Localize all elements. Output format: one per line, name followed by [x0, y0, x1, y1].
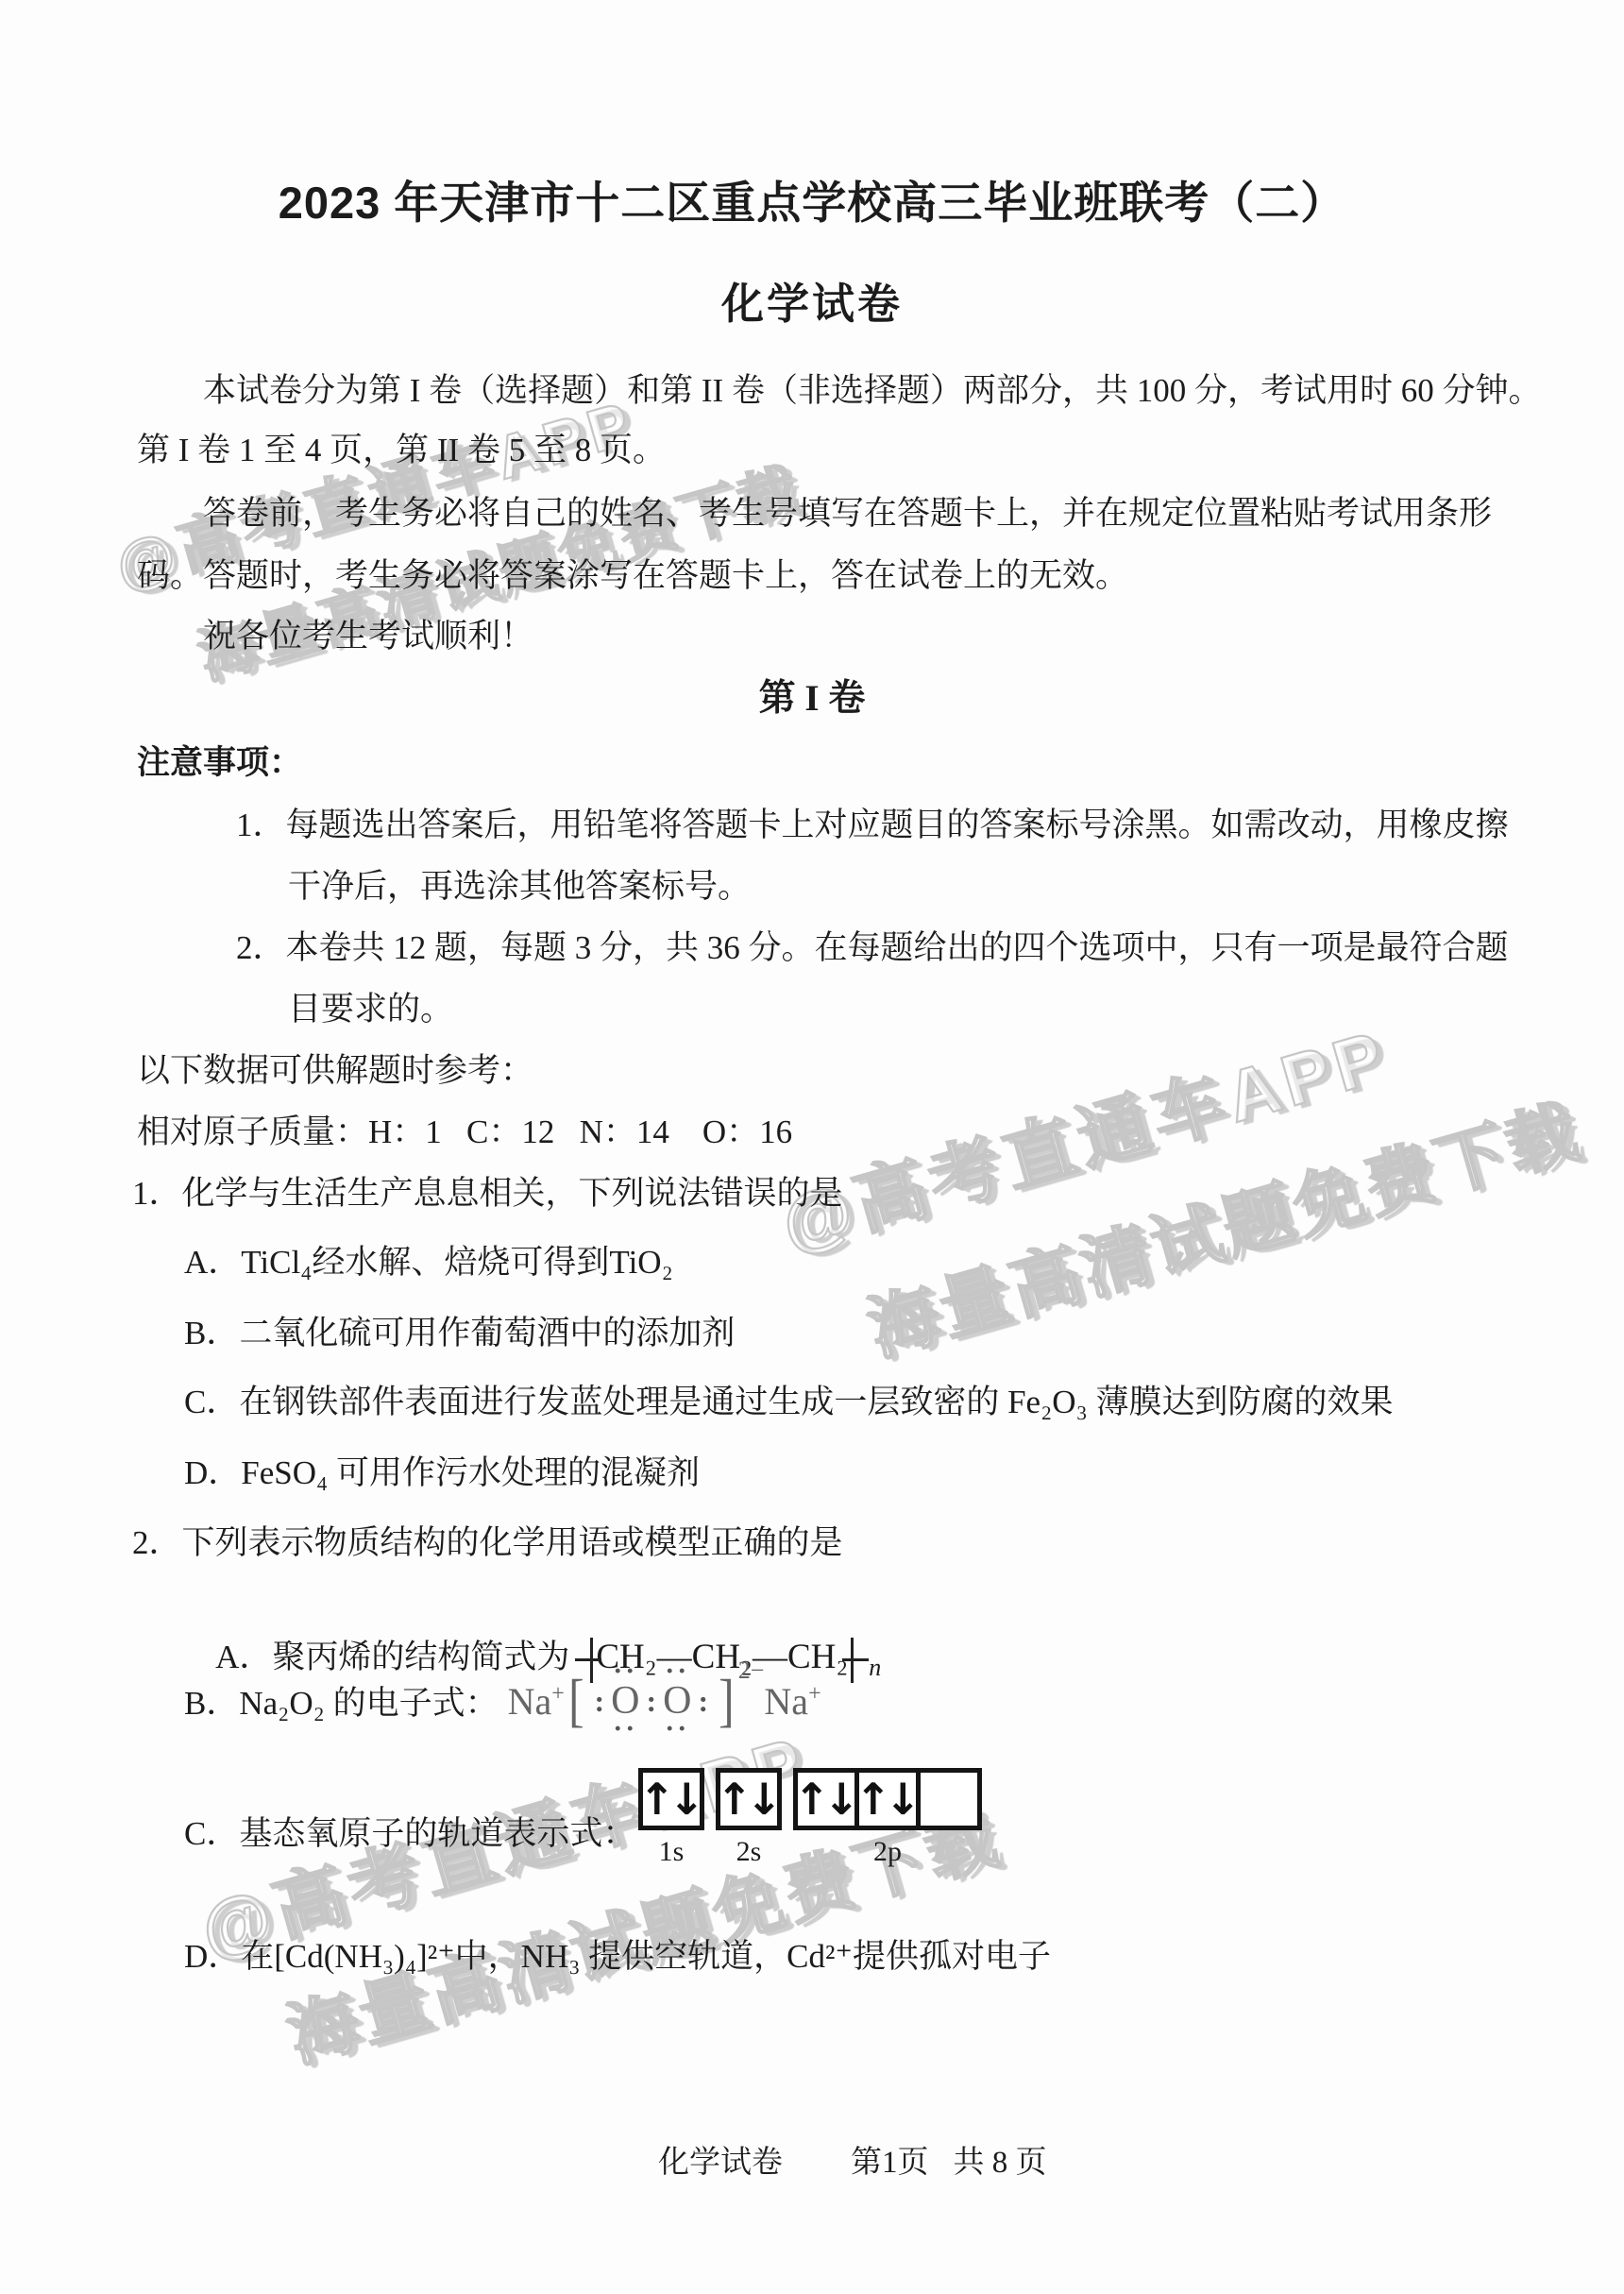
question1-option-c: C．在钢铁部件表面进行发蓝处理是通过生成一层致密的 Fe₂O₃ 薄膜达到防腐的效…	[184, 1382, 1394, 1423]
data-reference-note: 以下数据可供解题时参考：	[137, 1050, 533, 1092]
question2-stem: 2．下列表示物质结构的化学用语或模型正确的是	[132, 1522, 843, 1564]
orbital-box-row: ↑↓ ↑↓ ↑↓ ↑↓	[638, 1768, 997, 1830]
exam-paper-page: @高考直通车APP 海量高清试题免费下载 @高考直通车APP 海量高清试题免费下…	[0, 0, 1624, 2294]
question1-option-d: D．FeSO₄ 可用作污水处理的混凝剂	[184, 1453, 700, 1494]
question1-stem: 1．化学与生活生产息息相关，下列说法错误的是	[132, 1173, 843, 1215]
oxygen-stack: ·· O ··	[611, 1664, 639, 1737]
oxygen-stack: ·· O ··	[663, 1664, 691, 1737]
lone-pair-colon: :	[646, 1684, 656, 1719]
lone-pair-dots-top: ··	[665, 1664, 689, 1680]
polymer-subscript-n: n	[869, 1654, 881, 1681]
orbital-label-2s: 2s	[716, 1836, 782, 1868]
question2-option-b: B．Na₂O₂ 的电子式： Na+ [ : ·· O ·· : ·· O ·· …	[184, 1648, 821, 1754]
plus-charge: +	[551, 1681, 565, 1706]
orbital-box-1s: ↑↓	[638, 1768, 704, 1830]
watermark-line1: @高考直通车APP	[768, 953, 1557, 1270]
note-line: 目要求的。	[288, 989, 453, 1030]
intro-line: 码。答题时，考生务必将答案涂写在答题卡上，答在试卷上的无效。	[137, 555, 1128, 597]
question2-option-d: D．在[Cd(NH₃)₄]²⁺中，NH₃ 提供空轨道，Cd²⁺提供孤对电子	[184, 1936, 1051, 1978]
question1-option-b: B．二氧化硫可用作葡萄酒中的添加剂	[184, 1313, 735, 1354]
orbital-label-1s: 1s	[638, 1836, 704, 1868]
question2-option-c-label: C．基态氧原子的轨道表示式：	[184, 1813, 635, 1855]
left-bracket: [	[568, 1672, 584, 1730]
sodium-ion: Na+	[508, 1679, 565, 1724]
polymer-right-bracket	[848, 1636, 869, 1685]
footer-page-number: 第1页	[851, 2146, 929, 2180]
intro-line: 答卷前，考生务必将自己的姓名、考生号填写在答题卡上，并在规定位置粘贴考试用条形	[203, 493, 1492, 535]
orbital-box-2s: ↑↓	[716, 1768, 782, 1830]
orbital-box-2p-1: ↑↓	[793, 1768, 859, 1830]
question2-option-b-label: B．Na₂O₂ 的电子式：	[184, 1677, 499, 1725]
note-line: 干净后，再选涂其他答案标号。	[288, 866, 751, 908]
page-title: 2023 年天津市十二区重点学校高三毕业班联考（二）	[0, 176, 1624, 231]
footer-page-total: 共 8 页	[954, 2146, 1047, 2180]
plus-charge: +	[808, 1681, 821, 1706]
lone-pair-dots-bottom: ··	[613, 1722, 637, 1738]
orbital-box-2p-3	[916, 1768, 982, 1830]
note-line: 1．每题选出答案后，用铅笔将答题卡上对应题目的答案标号涂黑。如需改动，用橡皮擦	[236, 805, 1509, 846]
electron-formula: Na+ [ : ·· O ·· : ·· O ·· : ] 2− Na+	[508, 1664, 821, 1737]
charge-superscript: 2−	[738, 1657, 765, 1685]
orbital-label-2p: 2p	[793, 1836, 982, 1868]
watermark-line2: 海量高清试题免费下载	[855, 1076, 1591, 1375]
page-footer: 化学试卷第1页共 8 页	[627, 2102, 1047, 2217]
watermark: @高考直通车APP 海量高清试题免费下载	[768, 953, 1591, 1390]
sodium-ion: Na+	[764, 1679, 820, 1724]
page-subtitle: 化学试卷	[0, 278, 1624, 331]
lone-pair-colon: :	[594, 1684, 604, 1719]
intro-wish-line: 祝各位考生考试顺利！	[203, 616, 533, 657]
lone-pair-dots-bottom: ··	[665, 1722, 689, 1738]
question1-option-a: A．TiCl₄经水解、焙烧可得到TiO₂	[184, 1242, 673, 1283]
orbital-diagram: ↑↓ ↑↓ ↑↓ ↑↓ 1s 2s 2p	[638, 1768, 997, 1881]
intro-line: 本试卷分为第 I 卷（选择题）和第 II 卷（非选择题）两部分，共 100 分，…	[203, 370, 1541, 412]
notes-title: 注意事项：	[137, 742, 302, 784]
section-heading-part1: 第 I 卷	[0, 676, 1624, 722]
lone-pair-dots-top: ··	[613, 1664, 637, 1680]
footer-doc-title: 化学试卷	[658, 2146, 783, 2180]
atomic-mass-line: 相对原子质量：H：1 C：12 N：14 O：16	[137, 1112, 792, 1153]
right-bracket: ]	[719, 1672, 735, 1730]
note-line: 2．本卷共 12 题，每题 3 分，共 36 分。在每题给出的四个选项中，只有一…	[236, 927, 1509, 969]
intro-line: 第 I 卷 1 至 4 页，第 II 卷 5 至 8 页。	[137, 430, 666, 471]
orbital-box-2p-2: ↑↓	[854, 1768, 921, 1830]
lone-pair-colon: :	[698, 1684, 708, 1719]
